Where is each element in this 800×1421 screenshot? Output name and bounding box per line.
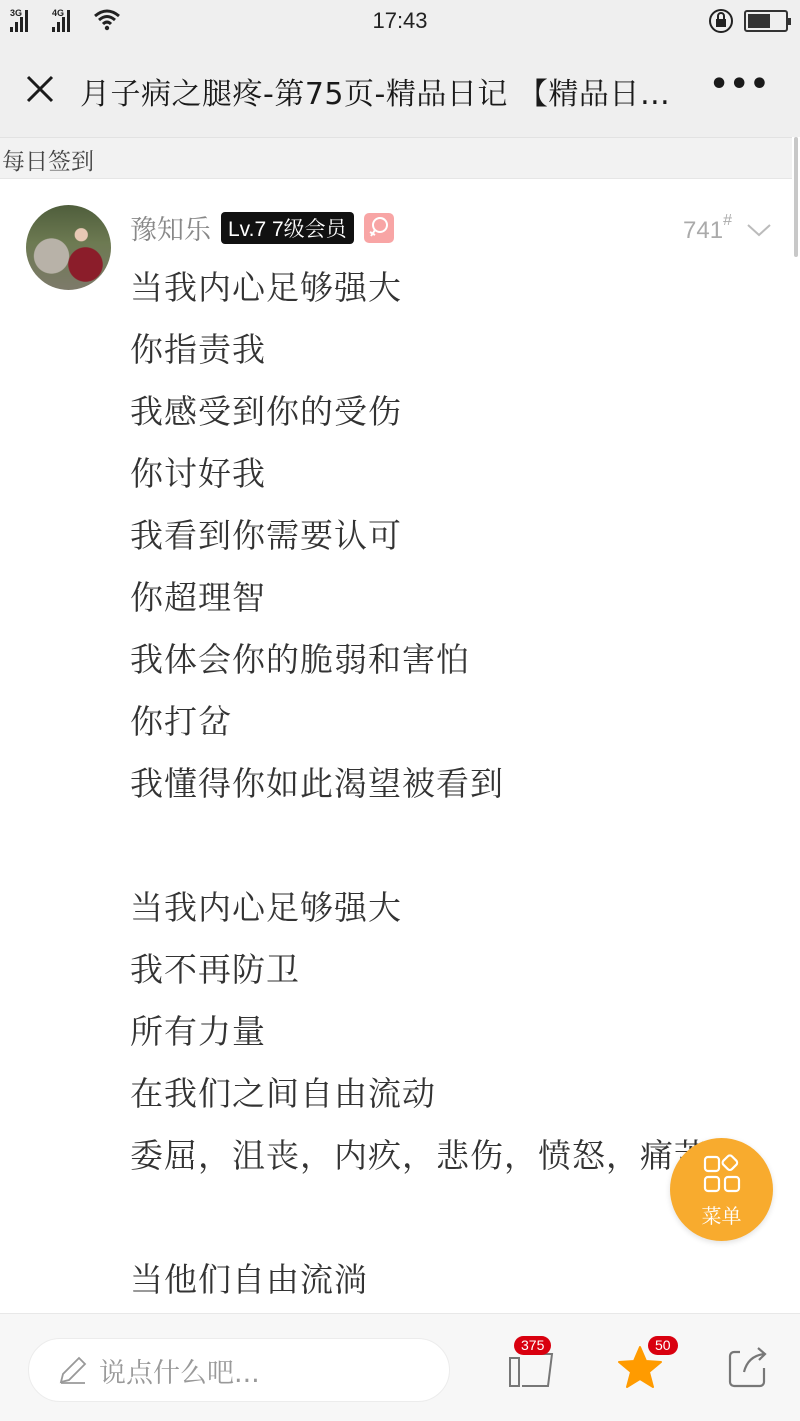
close-icon[interactable] (22, 71, 58, 107)
comments-button[interactable]: 375 (508, 1344, 558, 1394)
post-line: 我体会你的脆弱和害怕 (130, 636, 800, 698)
more-options-button[interactable]: ••• (709, 67, 770, 102)
post-line: 在我们之间自由流动 (130, 1070, 800, 1132)
bottom-bar: 说点什么吧... 375 50 (0, 1313, 800, 1421)
post-line: 当我内心足够强大 (130, 264, 800, 326)
status-bar: 3G 4G 17:43 (0, 0, 800, 45)
battery-icon (744, 10, 788, 32)
share-button[interactable] (726, 1344, 776, 1394)
post-line: 我感受到你的受伤 (130, 388, 800, 450)
comment-input[interactable]: 说点什么吧... (28, 1338, 450, 1402)
daily-signin-label: 每日签到 (2, 143, 94, 176)
pencil-icon (57, 1354, 89, 1386)
female-icon (364, 213, 394, 243)
floor-number-value: 741 (683, 217, 723, 244)
daily-signin-banner[interactable]: 每日签到 (0, 137, 792, 179)
favorite-button[interactable]: 50 (616, 1344, 666, 1394)
post-line: 我看到你需要认可 (130, 512, 800, 574)
menu-label: 菜单 (670, 1200, 773, 1229)
post-line: 我懂得你如此渴望被看到 (130, 760, 800, 822)
floor-number: 741# (683, 216, 732, 245)
comments-count-badge: 375 (514, 1336, 551, 1355)
menu-grid-icon (702, 1154, 742, 1194)
clock: 17:43 (0, 8, 800, 34)
level-badge: Lv.7 7级会员 (221, 212, 354, 244)
page-title: 月子病之腿疼-第75页-精品日记 【精品日… (80, 69, 710, 113)
post-line: 所有力量 (130, 1008, 800, 1070)
menu-fab-button[interactable]: 菜单 (670, 1138, 773, 1241)
chevron-down-icon[interactable] (746, 222, 772, 238)
author-info: 豫知乐 Lv.7 7级会员 (130, 208, 394, 247)
floor-hash: # (723, 212, 732, 229)
author-name[interactable]: 豫知乐 (130, 208, 211, 247)
post-line: 你指责我 (130, 326, 800, 388)
post-line: 当我内心足够强大 (130, 884, 800, 946)
post-line: 你超理智 (130, 574, 800, 636)
post-line: 你讨好我 (130, 450, 800, 512)
share-icon (726, 1344, 774, 1390)
avatar[interactable] (26, 205, 111, 290)
post-line: 你打岔 (130, 698, 800, 760)
favorites-count-badge: 50 (648, 1336, 678, 1355)
post-line: 我不再防卫 (130, 946, 800, 1008)
post-line: 当他们自由流淌 (130, 1256, 800, 1315)
rotation-lock-icon (708, 8, 734, 34)
comment-placeholder: 说点什么吧... (99, 1351, 260, 1390)
post-blank-line (130, 822, 800, 884)
nav-bar: 月子病之腿疼-第75页-精品日记 【精品日… ••• (0, 45, 800, 137)
